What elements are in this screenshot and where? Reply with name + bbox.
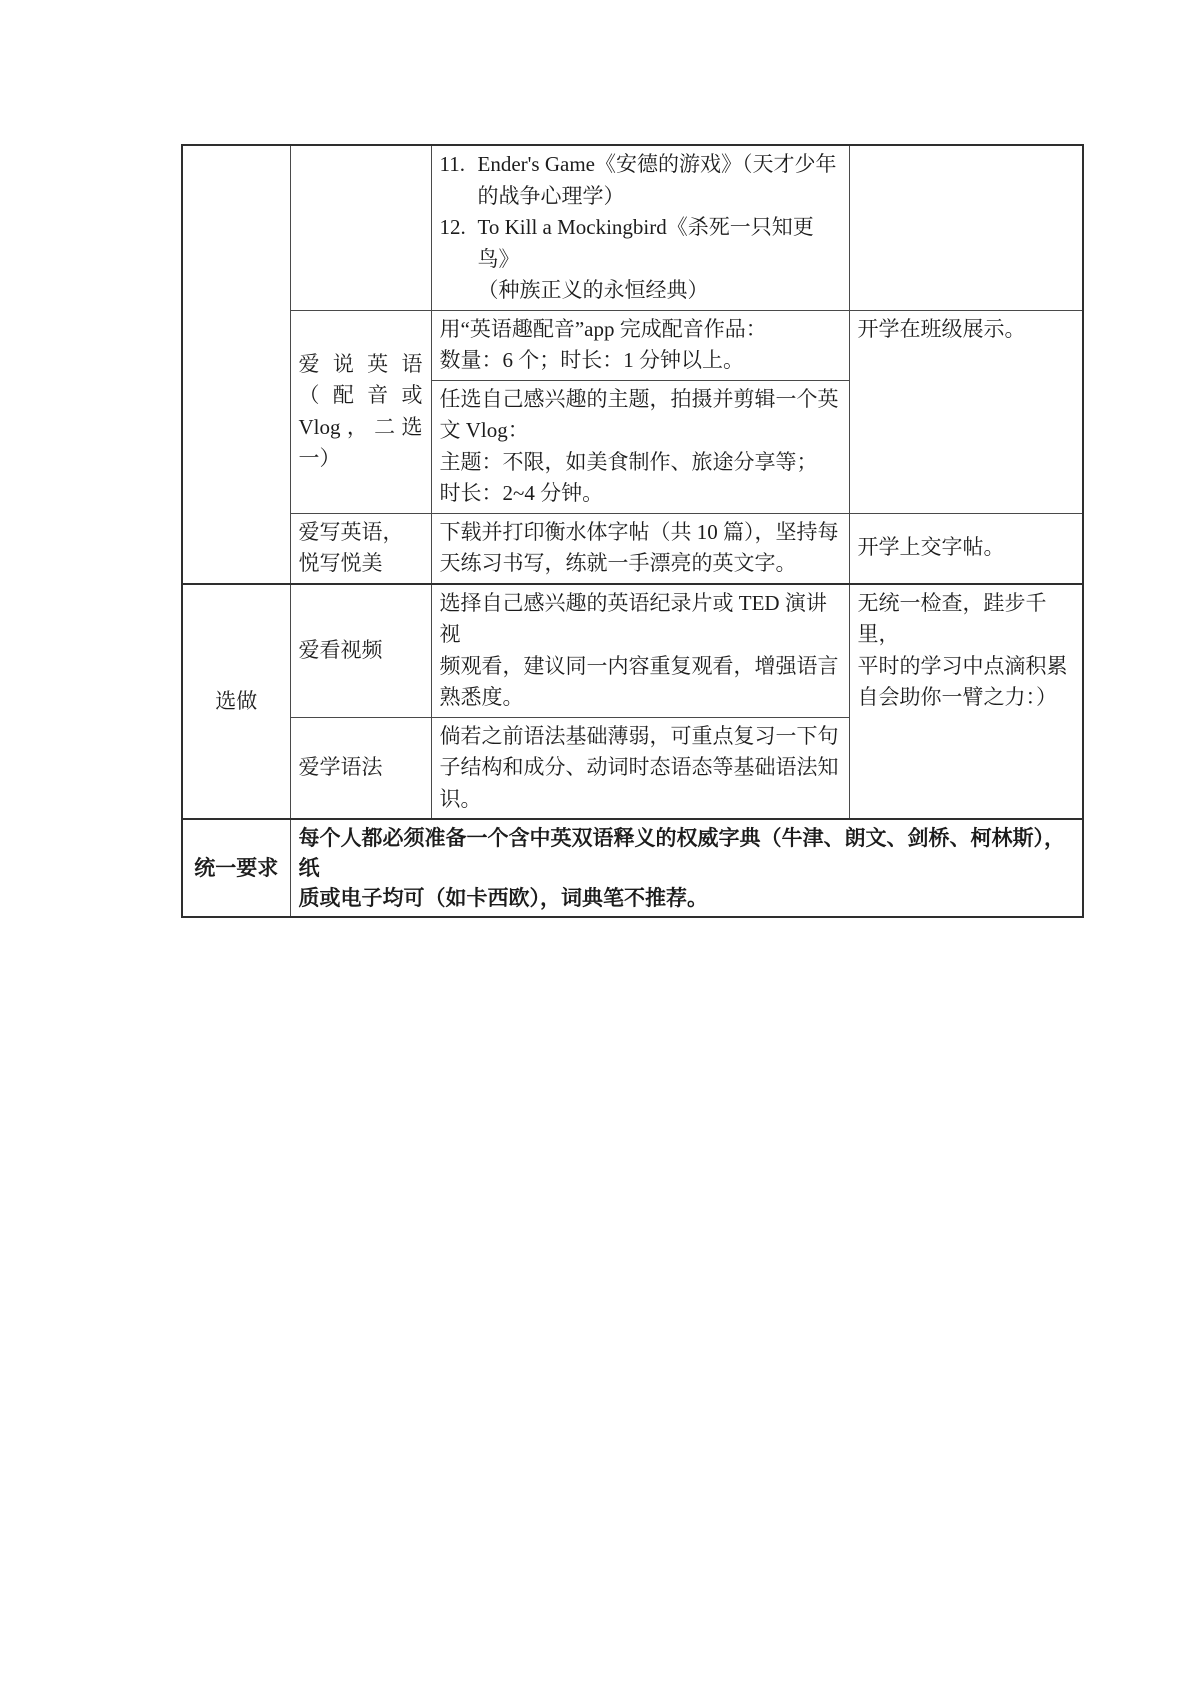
cell-video-task: 选择自己感兴趣的英语纪录片或 TED 演讲视 频观看，建议同一内容重复观看，增强… — [431, 584, 849, 718]
speaking-category-line: 爱说英语 — [299, 349, 423, 381]
row-reading-list: 11. Ender's Game《安德的游戏》（天才少年 的战争心理学） 12.… — [182, 145, 1083, 310]
cell-speaking-category: 爱说英语 （配音或 Vlog，二选 一） — [290, 310, 431, 513]
book-item: 11. Ender's Game《安德的游戏》（天才少年 的战争心理学） — [440, 149, 841, 212]
cell-writing-note: 开学上交字帖。 — [849, 513, 1083, 584]
document-page: 11. Ender's Game《安德的游戏》（天才少年 的战争心理学） 12.… — [0, 0, 1190, 1683]
book-number: 12. — [440, 212, 478, 307]
writing-category-line: 爱写英语， — [299, 517, 423, 549]
cell-section-empty — [182, 145, 290, 584]
row-uniform-requirement: 统一要求 每个人都必须准备一个含中英双语释义的权威字典（牛津、朗文、剑桥、柯林斯… — [182, 819, 1083, 917]
cell-video-category: 爱看视频 — [290, 584, 431, 718]
cell-note-empty — [849, 145, 1083, 310]
cell-dubbing-task: 用“英语趣配音”app 完成配音作品： 数量：6 个；时长：1 分钟以上。 — [431, 310, 849, 380]
row-optional-video: 选做 爱看视频 选择自己感兴趣的英语纪录片或 TED 演讲视 频观看，建议同一内… — [182, 584, 1083, 718]
book-number: 11. — [440, 149, 478, 212]
cell-uniform-text: 每个人都必须准备一个含中英双语释义的权威字典（牛津、朗文、剑桥、柯林斯），纸 质… — [290, 819, 1083, 917]
book-title: To Kill a Mockingbird《杀死一只知更鸟》 （种族正义的永恒经… — [478, 212, 841, 307]
writing-category-line: 悦写悦美 — [299, 548, 423, 580]
speaking-category-line: （配音或 — [299, 380, 423, 412]
cell-grammar-task: 倘若之前语法基础薄弱，可重点复习一下句 子结构和成分、动词时态语态等基础语法知 … — [431, 717, 849, 819]
cell-grammar-category: 爱学语法 — [290, 717, 431, 819]
cell-writing-task: 下载并打印衡水体字帖（共 10 篇），坚持每 天练习书写，练就一手漂亮的英文字。 — [431, 513, 849, 584]
cell-optional-section-label: 选做 — [182, 584, 290, 820]
cell-uniform-label: 统一要求 — [182, 819, 290, 917]
speaking-category-line: Vlog，二选 — [299, 412, 423, 444]
row-speaking-dubbing: 爱说英语 （配音或 Vlog，二选 一） 用“英语趣配音”app 完成配音作品：… — [182, 310, 1083, 380]
cell-optional-note: 无统一检查，跬步千里， 平时的学习中点滴积累 自会助你一臂之力：） — [849, 584, 1083, 820]
row-writing: 爱写英语， 悦写悦美 下载并打印衡水体字帖（共 10 篇），坚持每 天练习书写，… — [182, 513, 1083, 584]
book-item: 12. To Kill a Mockingbird《杀死一只知更鸟》 （种族正义… — [440, 212, 841, 307]
cell-writing-category: 爱写英语， 悦写悦美 — [290, 513, 431, 584]
cell-vlog-task: 任选自己感兴趣的主题，拍摄并剪辑一个英 文 Vlog： 主题：不限，如美食制作、… — [431, 380, 849, 513]
cell-speaking-note: 开学在班级展示。 — [849, 310, 1083, 513]
speaking-category-line: 一） — [299, 443, 423, 475]
cell-category-empty — [290, 145, 431, 310]
cell-reading-list: 11. Ender's Game《安德的游戏》（天才少年 的战争心理学） 12.… — [431, 145, 849, 310]
book-title: Ender's Game《安德的游戏》（天才少年 的战争心理学） — [478, 149, 841, 212]
homework-table: 11. Ender's Game《安德的游戏》（天才少年 的战争心理学） 12.… — [181, 144, 1084, 918]
